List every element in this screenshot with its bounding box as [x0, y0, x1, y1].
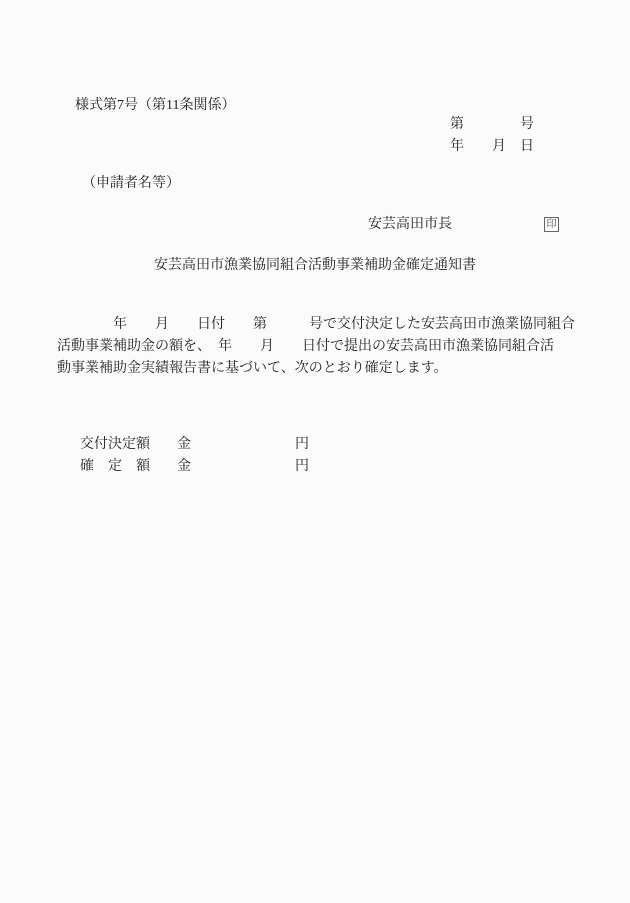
applicant-name-label: （申請者名等）	[82, 176, 180, 192]
confirmed-amount-label: 確 定 額	[80, 459, 150, 475]
form-number: 様式第7号（第11条関係）	[75, 98, 235, 114]
seal-placeholder-box: 印	[544, 217, 559, 232]
body-paragraph-line-2: 活動事業補助金の額を、 年 月 日付で提出の安芸高田市漁業協同組合活	[57, 339, 554, 355]
grant-decision-amount-currency-prefix: 金	[177, 437, 191, 453]
date-line: 年 月 日	[450, 139, 534, 155]
body-paragraph-line-3: 動事業補助金実績報告書に基づいて、次のとおり確定します。	[57, 361, 448, 377]
mayor-title: 安芸高田市長	[368, 217, 452, 233]
document-page: 様式第7号（第11条関係） 第 号 年 月 日 （申請者名等） 安芸高田市長 印…	[0, 0, 630, 903]
seal-character: 印	[547, 219, 557, 231]
document-number-line: 第 号	[450, 117, 534, 133]
grant-decision-amount-currency-suffix: 円	[295, 437, 309, 453]
confirmed-amount-currency-suffix: 円	[295, 459, 309, 475]
confirmed-amount-row: 確 定 額 金 円	[0, 459, 630, 477]
grant-decision-amount-label: 交付決定額	[80, 437, 150, 453]
confirmed-amount-currency-prefix: 金	[177, 459, 191, 475]
body-paragraph-line-1: 年 月 日付 第 号で交付決定した安芸高田市漁業協同組合	[57, 317, 575, 333]
document-title: 安芸高田市漁業協同組合活動事業補助金確定通知書	[0, 258, 630, 274]
grant-decision-amount-row: 交付決定額 金 円	[0, 437, 630, 455]
